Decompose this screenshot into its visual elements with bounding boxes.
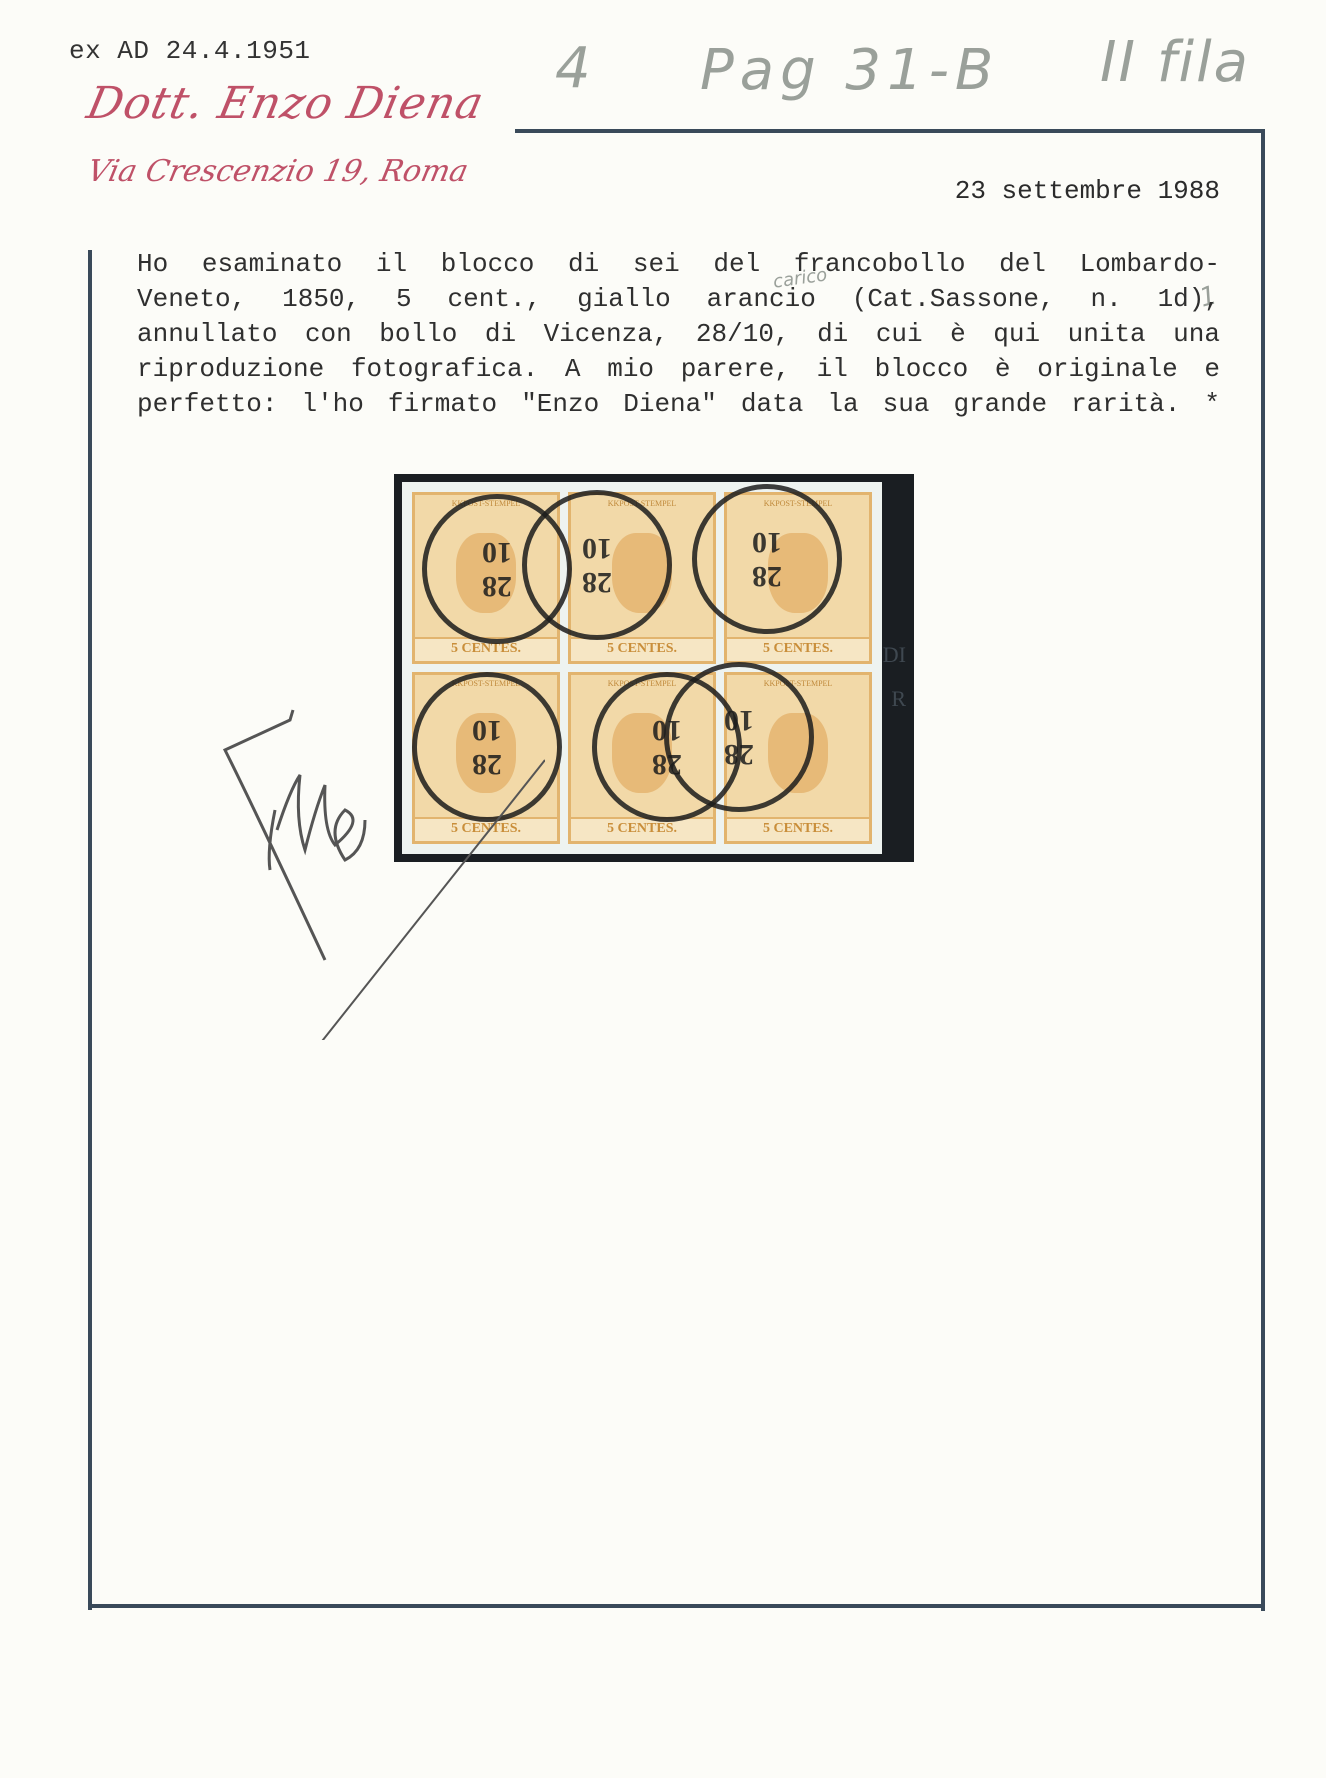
stamp-value: 5 CENTES. — [727, 817, 869, 841]
pencil-note-row: II fila — [1100, 30, 1250, 95]
certificate-body: Ho esaminato il blocco di sei del franco… — [137, 247, 1220, 422]
back-mark: R — [891, 686, 906, 712]
pencil-note-number: 4 — [555, 36, 591, 101]
body-line: riproduzione fotografica. A mio parere, … — [137, 352, 1220, 387]
stamp-value: 5 CENTES. — [571, 637, 713, 661]
certificate-date: 23 settembre 1988 — [955, 176, 1220, 206]
frame-right-border — [1261, 129, 1265, 1611]
signature-icon — [215, 700, 545, 1040]
body-line: Ho esaminato il blocco di sei del franco… — [137, 247, 1220, 282]
pencil-note-page: Pag 31-B — [700, 38, 999, 103]
body-line: Veneto, 1850, 5 cent., giallo arancio (C… — [137, 282, 1220, 317]
back-mark: DI — [883, 642, 906, 668]
stamp-value: 5 CENTES. — [571, 817, 713, 841]
frame-bottom-border — [88, 1604, 1265, 1608]
body-line: perfetto: l'ho firmato "Enzo Diena" data… — [137, 387, 1220, 422]
postmark-icon: 2810 — [692, 484, 842, 634]
frame-top-border — [515, 129, 1265, 133]
provenance-note: ex AD 24.4.1951 — [69, 36, 311, 66]
body-line: annullato con bollo di Vicenza, 28/10, d… — [137, 317, 1220, 352]
postmark-icon: 2810 — [522, 490, 672, 640]
letterhead-address: Via Crescenzio 19, Roma — [84, 154, 471, 189]
postmark-icon: 2810 — [664, 662, 814, 812]
stamp-value: 5 CENTES. — [727, 637, 869, 661]
frame-left-border — [88, 250, 92, 1610]
letterhead-name: Dott. Enzo Diena — [83, 78, 489, 129]
